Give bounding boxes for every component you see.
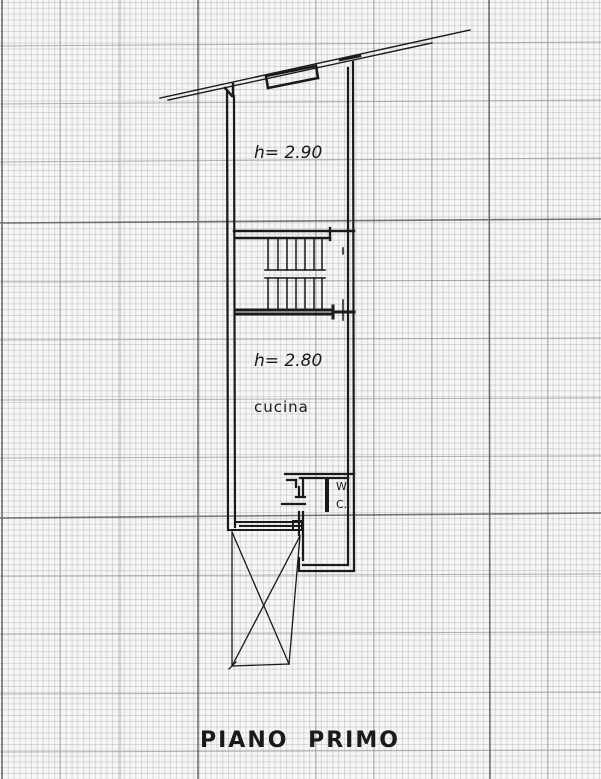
front-room-bottom-wall bbox=[234, 228, 354, 240]
kitchen-height-label: h= 2.80 bbox=[254, 351, 322, 371]
kitchen-name-label: cucina bbox=[254, 398, 309, 416]
staircase-bottom-wall bbox=[236, 306, 354, 318]
front-wall-window bbox=[225, 56, 360, 96]
graph-paper-sheet: h= 2.90 h= 2.80 cucina W. C. PIANO PRIMO bbox=[0, 0, 601, 779]
front-room-height-label: h= 2.90 bbox=[254, 143, 322, 163]
drawing-title: PIANO PRIMO bbox=[200, 728, 400, 753]
floor-plan bbox=[0, 0, 601, 779]
left-wall bbox=[227, 92, 235, 530]
wc-label-w: W. bbox=[336, 480, 349, 493]
staircase bbox=[265, 238, 343, 320]
right-wall bbox=[348, 62, 354, 570]
wc-label-c: C. bbox=[336, 498, 347, 511]
balcony bbox=[228, 530, 303, 669]
kitchen-bottom-wall bbox=[228, 521, 302, 530]
